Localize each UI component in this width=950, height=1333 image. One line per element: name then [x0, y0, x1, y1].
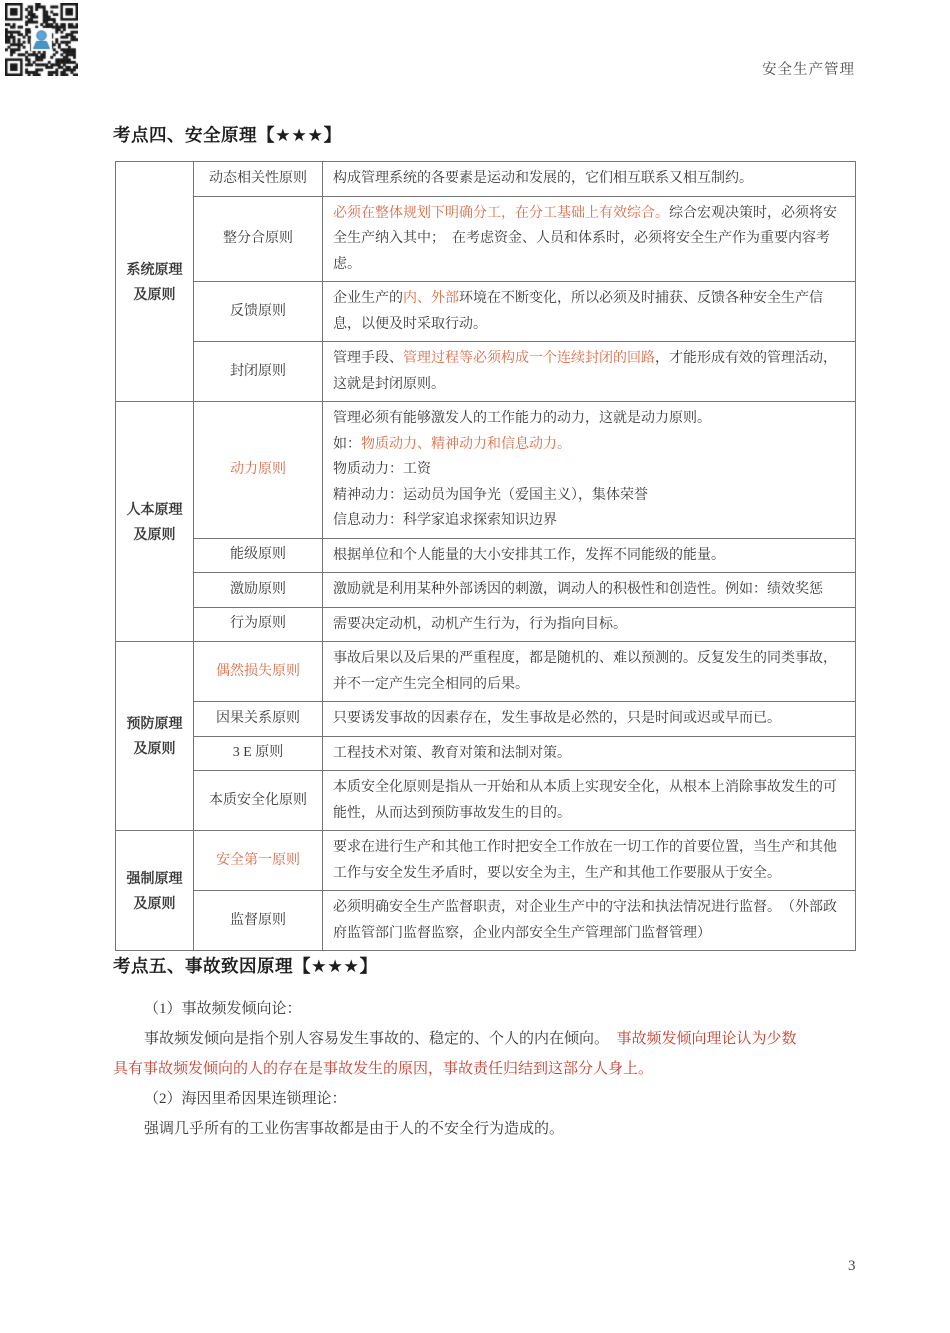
description-line: 管理手段、管理过程等必须构成一个连续封闭的回路，才能形成有效的管理活动，这就是封…	[333, 346, 847, 397]
description-line: 必须在整体规划下明确分工，在分工基础上有效综合。综合宏观决策时，必须将安全生产纳…	[333, 201, 847, 278]
principle-name-cell: 封闭原则	[194, 342, 323, 402]
table-row: 人本原理及原则动力原则管理必须有能够激发人的工作能力的动力，这就是动力原则。如：…	[116, 402, 856, 539]
principle-description-cell: 必须明确安全生产监督职责，对企业生产中的守法和执法情况进行监督。 （外部政府监管…	[323, 891, 856, 951]
principle-name-cell: 3 E 原则	[194, 736, 323, 771]
description-line: 企业生产的内、外部环境在不断变化，所以必须及时捕获、反馈各种安全生产信息，以便及…	[333, 286, 847, 337]
principle-description-cell: 企业生产的内、外部环境在不断变化，所以必须及时捕获、反馈各种安全生产信息，以便及…	[323, 282, 856, 342]
table-row: 3 E 原则工程技术对策、教育对策和法制对策。	[116, 736, 856, 771]
principle-description-cell: 本质安全化原则是指从一开始和从本质上实现安全化，从根本上消除事故发生的可能性，从…	[323, 771, 856, 831]
paragraph-line: （1）事故频发倾向论：	[113, 994, 888, 1024]
text-segment: 管理过程等必须构成一个连续封闭的回路	[403, 351, 655, 366]
section5-title: 考点五、事故致因原理【★★★】	[113, 953, 378, 978]
description-line: 要求在进行生产和其他工作时把安全工作放在一切工作的首要位置，当生产和其他工作与安…	[333, 835, 847, 886]
text-segment: 需要决定动机，动机产生行为，行为指向目标。	[333, 617, 627, 632]
text-segment: 管理手段、	[333, 351, 403, 366]
section4-title: 考点四、安全原理【★★★】	[113, 122, 342, 147]
principle-name-cell: 安全第一原则	[194, 831, 323, 891]
text-segment: （2）海因里希因果连锁理论：	[144, 1091, 347, 1107]
qr-code-icon	[5, 3, 78, 76]
text-segment: 必须在整体规划下明确分工，在分工基础上有效综合。	[333, 206, 669, 221]
table-row: 监督原则必须明确安全生产监督职责，对企业生产中的守法和执法情况进行监督。 （外部…	[116, 891, 856, 951]
description-line: 如：物质动力、精神动力和信息动力。	[333, 432, 847, 458]
principle-name-cell: 偶然损失原则	[194, 642, 323, 702]
text-segment: 事故后果以及后果的严重程度，都是随机的、难以预测的。反复发生的同类事故，并不一定…	[333, 651, 837, 692]
description-line: 精神动力：运动员为国争光（爱国主义），集体荣誉	[333, 483, 847, 509]
principle-description-cell: 管理必须有能够激发人的工作能力的动力，这就是动力原则。如：物质动力、精神动力和信…	[323, 402, 856, 539]
text-segment: 企业生产的	[333, 291, 403, 306]
principle-name-cell: 监督原则	[194, 891, 323, 951]
text-segment: 只要诱发事故的因素存在，发生事故是必然的，只是时间或迟或早而已。	[333, 711, 781, 726]
table-row: 激励原则激励就是利用某种外部诱因的刺激，调动人的积极性和创造性。例如：绩效奖惩	[116, 573, 856, 608]
description-line: 工程技术对策、教育对策和法制对策。	[333, 741, 847, 767]
principle-description-cell: 根据单位和个人能量的大小安排其工作，发挥不同能级的能量。	[323, 538, 856, 573]
description-line: 需要决定动机，动机产生行为，行为指向目标。	[333, 612, 847, 638]
page-number: 3	[848, 1258, 856, 1275]
principle-description-cell: 只要诱发事故的因素存在，发生事故是必然的，只是时间或迟或早而已。	[323, 702, 856, 737]
text-segment: 内、外部	[403, 291, 459, 306]
text-segment: （1）事故频发倾向论：	[144, 1001, 302, 1017]
group-label-cell: 系统原理及原则	[116, 162, 194, 402]
principle-description-cell: 需要决定动机，动机产生行为，行为指向目标。	[323, 607, 856, 642]
page-header-title: 安全生产管理	[762, 58, 855, 79]
principle-name-cell: 整分合原则	[194, 196, 323, 282]
principle-name-cell: 激励原则	[194, 573, 323, 608]
table-row: 系统原理及原则动态相关性原则构成管理系统的各要素是运动和发展的，它们相互联系又相…	[116, 162, 856, 197]
group-label-cell: 人本原理及原则	[116, 402, 194, 642]
principle-name-cell: 反馈原则	[194, 282, 323, 342]
text-segment: 事故频发倾向是指个别人容易发生事故的、稳定的、个人的内在倾向。	[144, 1031, 602, 1047]
table-row: 能级原则根据单位和个人能量的大小安排其工作，发挥不同能级的能量。	[116, 538, 856, 573]
principle-description-cell: 管理手段、管理过程等必须构成一个连续封闭的回路，才能形成有效的管理活动，这就是封…	[323, 342, 856, 402]
description-line: 激励就是利用某种外部诱因的刺激，调动人的积极性和创造性。例如：绩效奖惩	[333, 577, 847, 603]
text-segment: 信息动力：科学家追求探索知识边界	[333, 513, 557, 528]
principle-description-cell: 必须在整体规划下明确分工，在分工基础上有效综合。综合宏观决策时，必须将安全生产纳…	[323, 196, 856, 282]
principle-name-cell: 本质安全化原则	[194, 771, 323, 831]
description-line: 信息动力：科学家追求探索知识边界	[333, 508, 847, 534]
description-line: 管理必须有能够激发人的工作能力的动力，这就是动力原则。	[333, 406, 847, 432]
document-page: 安全生产管理 考点四、安全原理【★★★】 系统原理及原则动态相关性原则构成管理系…	[0, 0, 950, 1333]
table-row: 因果关系原则只要诱发事故的因素存在，发生事故是必然的，只是时间或迟或早而已。	[116, 702, 856, 737]
description-line: 根据单位和个人能量的大小安排其工作，发挥不同能级的能量。	[333, 543, 847, 569]
principle-name-cell: 动态相关性原则	[194, 162, 323, 197]
principle-description-cell: 构成管理系统的各要素是运动和发展的，它们相互联系又相互制约。	[323, 162, 856, 197]
paragraph-line: 具有事故频发倾向的人的存在是事故发生的原因，事故责任归结到这部分人身上。	[113, 1054, 888, 1084]
text-segment: 管理必须有能够激发人的工作能力的动力，这就是动力原则。	[333, 411, 711, 426]
principle-description-cell: 激励就是利用某种外部诱因的刺激，调动人的积极性和创造性。例如：绩效奖惩	[323, 573, 856, 608]
text-segment: 事故频发倾向理论认为少数	[602, 1031, 797, 1047]
safety-principles-table: 系统原理及原则动态相关性原则构成管理系统的各要素是运动和发展的，它们相互联系又相…	[115, 161, 856, 951]
description-line: 必须明确安全生产监督职责，对企业生产中的守法和执法情况进行监督。 （外部政府监管…	[333, 895, 847, 946]
table-row: 强制原理及原则安全第一原则要求在进行生产和其他工作时把安全工作放在一切工作的首要…	[116, 831, 856, 891]
section5-paragraphs: （1）事故频发倾向论：事故频发倾向是指个别人容易发生事故的、稳定的、个人的内在倾…	[113, 994, 888, 1144]
table-row: 预防原理及原则偶然损失原则事故后果以及后果的严重程度，都是随机的、难以预测的。反…	[116, 642, 856, 702]
principle-description-cell: 要求在进行生产和其他工作时把安全工作放在一切工作的首要位置，当生产和其他工作与安…	[323, 831, 856, 891]
text-segment: 精神动力：运动员为国争光（爱国主义），集体荣誉	[333, 488, 648, 503]
principle-description-cell: 事故后果以及后果的严重程度，都是随机的、难以预测的。反复发生的同类事故，并不一定…	[323, 642, 856, 702]
text-segment: 构成管理系统的各要素是运动和发展的，它们相互联系又相互制约。	[333, 171, 753, 186]
paragraph-line: （2）海因里希因果连锁理论：	[113, 1084, 888, 1114]
text-segment: 根据单位和个人能量的大小安排其工作，发挥不同能级的能量。	[333, 548, 725, 563]
description-line: 物质动力：工资	[333, 457, 847, 483]
text-segment: 物质动力、精神动力和信息动力。	[361, 437, 571, 452]
description-line: 事故后果以及后果的严重程度，都是随机的、难以预测的。反复发生的同类事故，并不一定…	[333, 646, 847, 697]
paragraph-line: 强调几乎所有的工业伤害事故都是由于人的不安全行为造成的。	[113, 1114, 888, 1144]
table-row: 行为原则需要决定动机，动机产生行为，行为指向目标。	[116, 607, 856, 642]
table-row: 整分合原则必须在整体规划下明确分工，在分工基础上有效综合。综合宏观决策时，必须将…	[116, 196, 856, 282]
text-segment: 本质安全化原则是指从一开始和从本质上实现安全化，从根本上消除事故发生的可能性，从…	[333, 780, 837, 821]
principle-name-cell: 能级原则	[194, 538, 323, 573]
text-segment: 具有事故频发倾向的人的存在是事故发生的原因，事故责任归结到这部分人身上。	[113, 1061, 653, 1077]
principle-name-cell: 因果关系原则	[194, 702, 323, 737]
group-label-cell: 强制原理及原则	[116, 831, 194, 951]
table-row: 封闭原则管理手段、管理过程等必须构成一个连续封闭的回路，才能形成有效的管理活动，…	[116, 342, 856, 402]
principle-name-cell: 动力原则	[194, 402, 323, 539]
text-segment: 要求在进行生产和其他工作时把安全工作放在一切工作的首要位置，当生产和其他工作与安…	[333, 840, 837, 881]
text-segment: 工程技术对策、教育对策和法制对策。	[333, 746, 571, 761]
description-line: 只要诱发事故的因素存在，发生事故是必然的，只是时间或迟或早而已。	[333, 706, 847, 732]
text-segment: 物质动力：工资	[333, 462, 431, 477]
description-line: 构成管理系统的各要素是运动和发展的，它们相互联系又相互制约。	[333, 166, 847, 192]
principle-name-cell: 行为原则	[194, 607, 323, 642]
group-label-cell: 预防原理及原则	[116, 642, 194, 831]
table-row: 反馈原则企业生产的内、外部环境在不断变化，所以必须及时捕获、反馈各种安全生产信息…	[116, 282, 856, 342]
text-segment: 如：	[333, 437, 361, 452]
text-segment: 必须明确安全生产监督职责，对企业生产中的守法和执法情况进行监督。 （外部政府监管…	[333, 900, 837, 941]
table-row: 本质安全化原则本质安全化原则是指从一开始和从本质上实现安全化，从根本上消除事故发…	[116, 771, 856, 831]
principle-description-cell: 工程技术对策、教育对策和法制对策。	[323, 736, 856, 771]
text-segment: 强调几乎所有的工业伤害事故都是由于人的不安全行为造成的。	[144, 1121, 564, 1137]
paragraph-line: 事故频发倾向是指个别人容易发生事故的、稳定的、个人的内在倾向。 事故频发倾向理论…	[113, 1024, 888, 1054]
description-line: 本质安全化原则是指从一开始和从本质上实现安全化，从根本上消除事故发生的可能性，从…	[333, 775, 847, 826]
text-segment: 激励就是利用某种外部诱因的刺激，调动人的积极性和创造性。例如：绩效奖惩	[333, 582, 823, 597]
